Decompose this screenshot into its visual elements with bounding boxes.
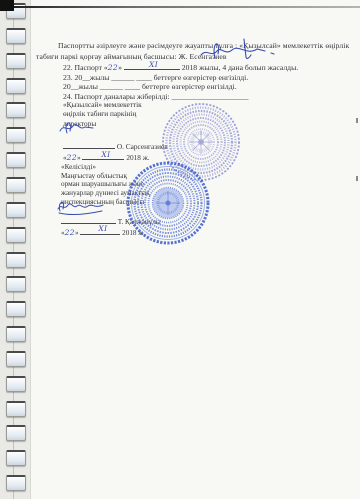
handwritten-day: 22	[67, 153, 77, 162]
handwritten-month: XI	[101, 150, 110, 159]
scan-edge-tick	[356, 176, 358, 181]
scan-edge-tick	[356, 118, 358, 123]
signature-inspector	[56, 200, 108, 216]
director-date-row: «22» XI 2018 ж.	[63, 152, 168, 162]
item-23-number: 23.	[63, 73, 73, 82]
binder-spine	[13, 0, 14, 499]
year-label: 2018 ж.	[126, 153, 149, 162]
director-signature-row: О. Сарсенгазиев	[63, 140, 168, 151]
handwritten-day: 22	[65, 228, 75, 237]
handwritten-day: 22	[108, 63, 118, 72]
item-23: 23. 20__жылы ______ ____ беттерге өзгері…	[63, 73, 353, 83]
item-23b-text: 20__жылы ______ ____ беттерге өзгерістер…	[63, 82, 237, 91]
numbered-items: 22. Паспорт «22» XI 2018 жылы, 4 дана бо…	[63, 62, 353, 102]
scan-artifact-corner	[0, 0, 14, 11]
binder-ring	[6, 127, 26, 143]
blank-line: XI	[124, 62, 180, 70]
binder-ring	[6, 326, 26, 342]
quote: »	[75, 229, 79, 237]
binder-ring	[6, 351, 26, 367]
blank-line: XI	[82, 152, 124, 160]
binder-ring	[6, 276, 26, 292]
item-23-text: 20__жылы ______ ____ беттерге өзгерістер…	[75, 73, 249, 82]
item-22-tail: 2018 жылы, 4 дана болып жасалды.	[182, 63, 298, 72]
item-22-text: Паспорт «	[75, 63, 108, 72]
binder-ring	[6, 28, 26, 44]
binder-ring	[6, 450, 26, 466]
binder-ring	[6, 177, 26, 193]
binder-ring	[6, 152, 26, 168]
binder-ring	[6, 401, 26, 417]
binder-ring	[6, 425, 26, 441]
item-22-number: 22.	[63, 63, 73, 72]
binder-ring	[6, 53, 26, 69]
responsibility-paragraph: Паспортты әзірлеуге және рәсімдеуге жауа…	[36, 41, 351, 63]
handwritten-month: XI	[149, 60, 158, 70]
scanned-document: { "page": { "paragraph": "Паспортты әзір…	[0, 0, 360, 499]
binder-ring	[6, 227, 26, 243]
signature-sarsengaliyev	[59, 120, 99, 136]
scan-artifact-topline	[0, 6, 360, 8]
binder-ring	[6, 252, 26, 268]
park-name-line: «Қызылсай» мемлекеттік	[63, 100, 168, 109]
park-type-line: өңірлік табиғи паркінің	[63, 109, 168, 118]
round-stamp-inspection-icon	[126, 161, 210, 245]
binder-ring	[6, 301, 26, 317]
binder-ring	[6, 475, 26, 491]
signature-line	[63, 140, 115, 149]
signature-yessengaliyev	[199, 38, 279, 64]
blank-line: XI	[80, 227, 120, 235]
document-page: Паспортты әзірлеуге және рәсімдеуге жауа…	[30, 0, 360, 499]
binder-ring	[6, 78, 26, 94]
item-23-continuation: 20__жылы ______ ____ беттерге өзгерістер…	[63, 82, 353, 92]
quote: »	[77, 153, 81, 162]
binder-ring	[6, 102, 26, 118]
binder-ring	[6, 202, 26, 218]
binder-ring	[6, 376, 26, 392]
handwritten-month: XI	[98, 225, 107, 234]
item-22-quote: »	[118, 63, 122, 72]
